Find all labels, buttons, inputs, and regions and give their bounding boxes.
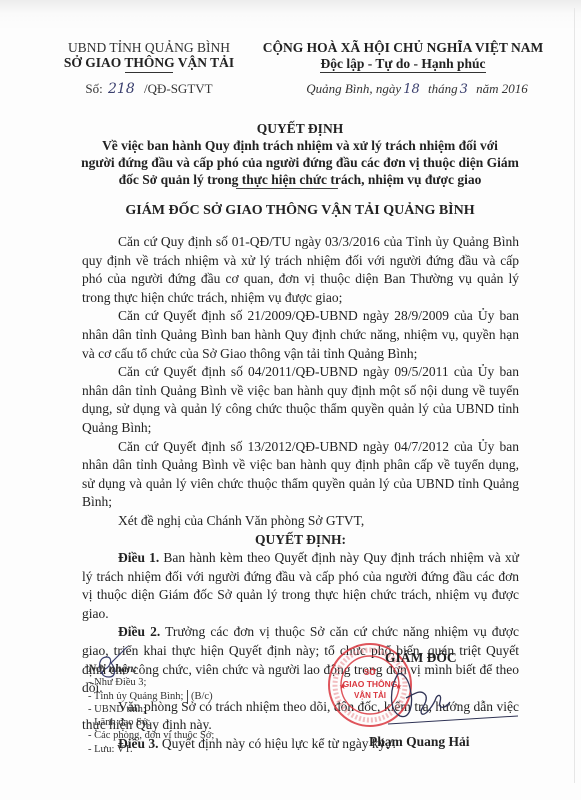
preamble-paragraph: Căn cứ Quy định số 01-QĐ/TU ngày 03/3/20…: [82, 233, 519, 307]
recipient-item: - Lãnh đạo Sở;: [88, 716, 214, 729]
recipient-item: - UBND tỉnh;: [88, 703, 214, 716]
article-label: Điều 1.: [118, 550, 159, 565]
month-handwritten: 3: [460, 82, 468, 97]
month-label: tháng: [428, 81, 458, 96]
agency-underline: [125, 72, 173, 73]
year-text: năm 2016: [476, 81, 528, 96]
subject-underline: [236, 188, 338, 189]
decision-heading: QUYẾT ĐỊNH:: [82, 531, 519, 550]
subject-line: người đứng đầu và cấp phó của người đứng…: [40, 154, 560, 171]
issuing-authority: GIÁM ĐỐC SỞ GIAO THÔNG VẬN TẢI QUẢNG BÌN…: [40, 203, 560, 219]
doc-number-handwritten: 218: [108, 81, 135, 97]
decision-title-block: QUYẾT ĐỊNH Về việc ban hành Quy định trá…: [40, 121, 560, 189]
agency-parent: UBND TỈNH QUẢNG BÌNH: [62, 40, 236, 55]
bracket-bar: [187, 690, 188, 704]
subject-line: Về việc ban hành Quy định trách nhiệm và…: [40, 137, 560, 154]
recipients-block: Nơi nhận: - Như Điều 3; - Tỉnh ủy Quảng …: [88, 663, 214, 756]
issuing-agency-block: UBND TỈNH QUẢNG BÌNH SỞ GIAO THÔNG VẬN T…: [62, 40, 236, 97]
national-header-block: CỘNG HOÀ XÃ HỘI CHỦ NGHĨA VIỆT NAM Độc l…: [243, 40, 563, 97]
preamble-paragraph: Căn cứ Quyết định số 13/2012/QĐ-UBND ngà…: [82, 438, 519, 512]
day-handwritten: 18: [403, 82, 420, 97]
agency-name: SỞ GIAO THÔNG VẬN TẢI: [62, 55, 236, 70]
subject-line: đốc Sở quản lý trong thực hiện chức trác…: [40, 171, 560, 188]
svg-text:★: ★: [339, 682, 346, 691]
document-number: Số: 218 /QĐ-SGTVT: [62, 81, 236, 97]
handwritten-signature-icon: [388, 664, 518, 732]
document-page: UBND TỈNH QUẢNG BÌNH SỞ GIAO THÔNG VẬN T…: [0, 0, 581, 800]
stamp-line: VẬN TẢI: [354, 691, 386, 700]
signer-name: Phạm Quang Hải: [369, 734, 470, 750]
article-1: Điều 1. Ban hành kèm theo Quyết định này…: [82, 549, 519, 623]
document-type: QUYẾT ĐỊNH: [40, 121, 560, 137]
recipients-heading: Nơi nhận:: [88, 663, 214, 676]
doc-number-suffix: /QĐ-SGTVT: [144, 81, 213, 96]
preamble-paragraph: Xét đề nghị của Chánh Văn phòng Sở GTVT,: [82, 512, 519, 531]
recipient-item: - Lưu: VT.: [88, 743, 214, 756]
article-label: Điều 2.: [118, 624, 160, 639]
place-label: Quảng Bình, ngày: [306, 81, 401, 96]
preamble-paragraph: Căn cứ Quyết định số 04/2011/QĐ-UBND ngà…: [82, 363, 519, 437]
recipient-item: - Các phòng, đơn vị thuộc Sở;: [88, 729, 214, 742]
scan-edge: [574, 8, 575, 783]
bracket-note: (B/c): [191, 690, 213, 703]
preamble-paragraph: Căn cứ Quyết định số 21/2009/QĐ-UBND ngà…: [82, 307, 519, 363]
national-title: CỘNG HOÀ XÃ HỘI CHỦ NGHĨA VIỆT NAM: [243, 40, 563, 55]
stamp-line: SỞ: [364, 668, 376, 677]
place-date: Quảng Bình, ngày18 tháng3 năm 2016: [243, 81, 563, 97]
doc-number-prefix: Số:: [85, 81, 102, 96]
recipient-item: - Như Điều 3;: [88, 676, 214, 689]
national-motto: Độc lập - Tự do - Hạnh phúc: [320, 56, 485, 73]
